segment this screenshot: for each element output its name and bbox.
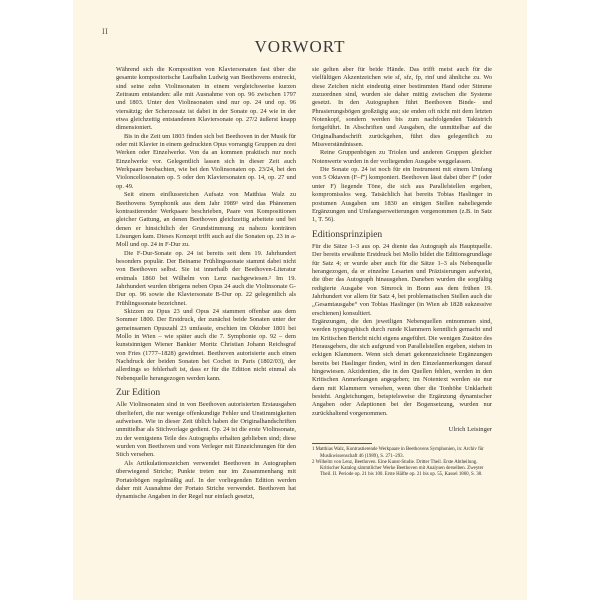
paragraph: Ergänzungen, die den jeweiligen Nebenque… [312,318,492,418]
footnote-divider [312,443,372,444]
paragraph: sie gelten aber für beide Hände. Das tri… [312,66,492,149]
page-number: II [102,27,108,36]
paragraph: Seit einem einflussreichen Aufsatz von M… [116,191,296,249]
section-heading-zur-edition: Zur Edition [116,389,296,397]
left-column: Während sich die Komposition von Klavier… [116,66,296,502]
footnote-2: 2 Wilhelm von Lenz, Beethoven. Eine Kuns… [312,460,492,479]
paragraph: Die Sonate op. 24 ist noch für ein Instr… [312,166,492,224]
paragraph: Skizzen zu Opus 23 und Opus 24 stammen o… [116,308,296,383]
footnote-1: 1 Matthias Walz, Kontrastierende Werkpaa… [312,447,492,459]
paragraph: Alle Violinsonaten sind in von Beethoven… [116,401,296,459]
paragraph: Reine Gruppenbögen zu Triolen und andere… [312,149,492,166]
paragraph: Für die Sätze 1–3 aus op. 24 diente das … [312,243,492,318]
page-title: VORWORT [0,37,600,57]
paragraph: Während sich die Komposition von Klavier… [116,66,296,133]
section-heading-editionsprinzipien: Editionsprinzipien [312,231,492,239]
paragraph: Als Artikulationszeichen verwendet Beeth… [116,460,296,502]
paragraph: Die F-Dur-Sonate op. 24 ist bereits seit… [116,250,296,308]
paragraph: Bis in die Zeit um 1803 finden sich bei … [116,133,296,191]
author-signature: Ulrich Leisinger [312,426,492,434]
right-column: sie gelten aber für beide Hände. Das tri… [312,66,492,478]
